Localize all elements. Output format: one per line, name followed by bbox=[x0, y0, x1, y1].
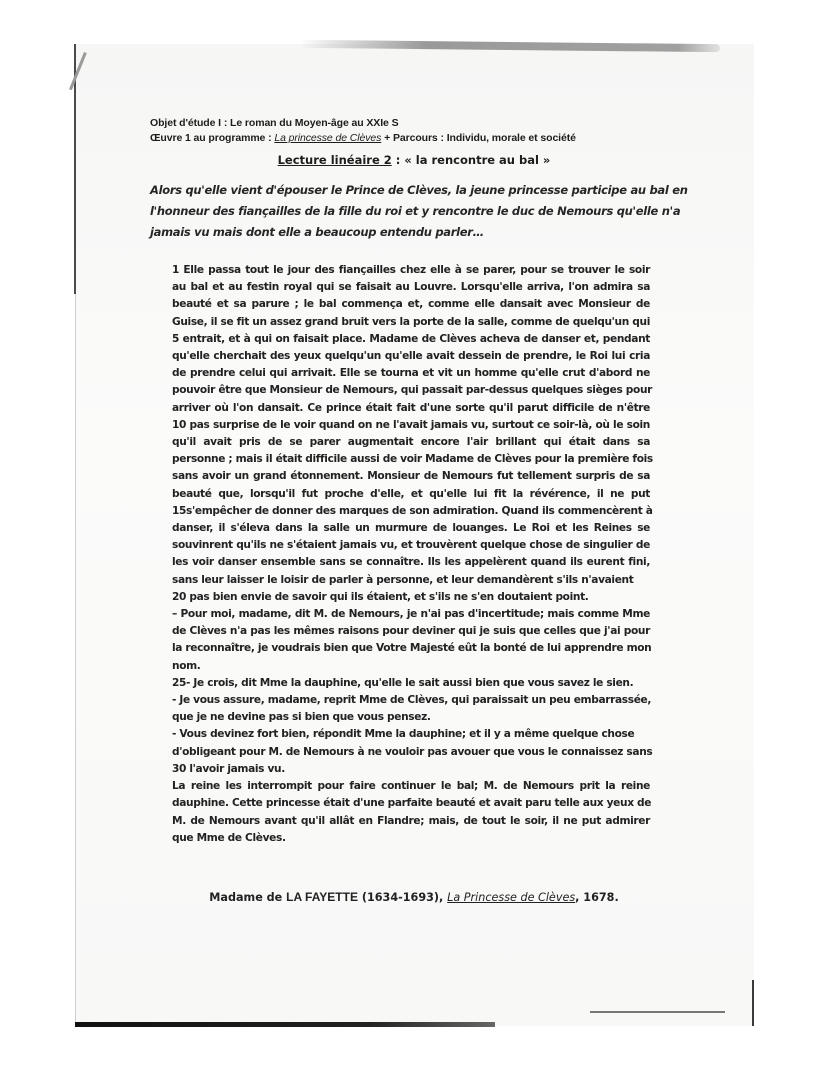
text-line: danser, il s'éleva dans la salle un murm… bbox=[172, 520, 650, 537]
text-line: de prendre celui qui arrivait. Elle se t… bbox=[172, 365, 650, 382]
source-citation: Madame de LA FAYETTE (1634-1693), La Pri… bbox=[0, 890, 828, 904]
text-line: de Clèves n'a pas les mêmes raisons pour… bbox=[172, 623, 650, 640]
text-line: M. de Nemours avant qu'il allât en Fland… bbox=[172, 813, 650, 830]
text-line: - Je vous assure, madame, reprit Mme de … bbox=[172, 692, 650, 709]
text-line: d'obligeant pour M. de Nemours à ne voul… bbox=[172, 744, 650, 761]
text-line: que je ne devine pas si bien que vous pe… bbox=[172, 709, 650, 726]
page-bottom-edge-right bbox=[590, 1011, 725, 1013]
page-bottom-edge bbox=[75, 1022, 495, 1027]
page-title: Lecture linéaire 2 : « la rencontre au b… bbox=[0, 153, 828, 167]
text-line: sans leur laisser le loisir de parler à … bbox=[172, 572, 650, 589]
text-line: la reconnaître, je voudrais bien que Vot… bbox=[172, 640, 650, 657]
text-line: La reine les interrompit pour faire cont… bbox=[172, 778, 650, 795]
text-line: au bal et au festin royal qui se faisait… bbox=[172, 279, 650, 296]
text-line: arriver où l'on dansait. Ce prince était… bbox=[172, 400, 650, 417]
intro-line: l'honneur des fiançailles de la fille du… bbox=[150, 201, 660, 222]
program-prefix: Œuvre 1 au programme : bbox=[150, 132, 274, 144]
work-title: La Princesse de Clèves bbox=[447, 891, 575, 904]
text-line: 20 pas bien envie de savoir qui ils étai… bbox=[172, 589, 650, 606]
document-header: Objet d'étude I : Le roman du Moyen-âge … bbox=[150, 116, 576, 146]
program-suffix: + Parcours : Individu, morale et société bbox=[381, 132, 576, 144]
excerpt-text: 1 Elle passa tout le jour des fiançaille… bbox=[172, 262, 650, 847]
text-line: - Vous devinez fort bien, répondit Mme l… bbox=[172, 726, 650, 743]
author-dates: (1634-1693), bbox=[358, 891, 447, 904]
text-line: beauté et sa parure ; le bal commença et… bbox=[172, 296, 650, 313]
author-name: LA FAYETTE bbox=[286, 890, 358, 904]
text-line: 25- Je crois, dit Mme la dauphine, qu'el… bbox=[172, 675, 650, 692]
text-line: Guise, il se fit un assez grand bruit ve… bbox=[172, 314, 650, 331]
text-line: – Pour moi, madame, dit M. de Nemours, j… bbox=[172, 606, 650, 623]
text-line: nom. bbox=[172, 658, 650, 675]
text-line: souvinrent qu'ils ne s'étaient jamais vu… bbox=[172, 537, 650, 554]
text-line: pouvoir être que Monsieur de Nemours, qu… bbox=[172, 382, 650, 399]
program-work-title: La princesse de Clèves bbox=[274, 132, 381, 144]
text-line: sans avoir un grand étonnement. Monsieur… bbox=[172, 468, 650, 485]
text-line: qu'elle cherchait des yeux quelqu'un qu'… bbox=[172, 348, 650, 365]
intro-paragraph: Alors qu'elle vient d'épouser le Prince … bbox=[150, 180, 660, 243]
intro-line: jamais vu mais dont elle a beaucoup ente… bbox=[150, 222, 660, 243]
text-line: 15s'empêcher de donner des marques de so… bbox=[172, 503, 650, 520]
text-line: qu'il avait pris de se parer augmentait … bbox=[172, 434, 650, 451]
text-line: que Mme de Clèves. bbox=[172, 830, 650, 847]
text-line: dauphine. Cette princesse était d'une pa… bbox=[172, 795, 650, 812]
text-line: 1 Elle passa tout le jour des fiançaille… bbox=[172, 262, 650, 279]
title-subtitle: : « la rencontre au bal » bbox=[392, 153, 551, 167]
program-line: Œuvre 1 au programme : La princesse de C… bbox=[150, 131, 576, 146]
text-line: les voir danser ensemble sans se connaît… bbox=[172, 554, 650, 571]
page-edge-left-lower bbox=[75, 294, 76, 1024]
title-label: Lecture linéaire 2 bbox=[278, 153, 392, 167]
intro-line: Alors qu'elle vient d'épouser le Prince … bbox=[150, 180, 660, 201]
text-line: personne ; mais il était difficile aussi… bbox=[172, 451, 650, 468]
page-edge-right bbox=[752, 980, 754, 1026]
text-line: 30 l'avoir jamais vu. bbox=[172, 761, 650, 778]
author-prefix: Madame de bbox=[209, 891, 286, 904]
text-line: beauté que, lorsqu'il fut proche d'elle,… bbox=[172, 486, 650, 503]
text-line: 5 entrait, et à qui on faisait place. Ma… bbox=[172, 331, 650, 348]
text-line: 10 pas surprise de le voir quand on ne l… bbox=[172, 417, 650, 434]
publication-year: , 1678. bbox=[575, 891, 619, 904]
study-object: Objet d'étude I : Le roman du Moyen-âge … bbox=[150, 116, 576, 131]
